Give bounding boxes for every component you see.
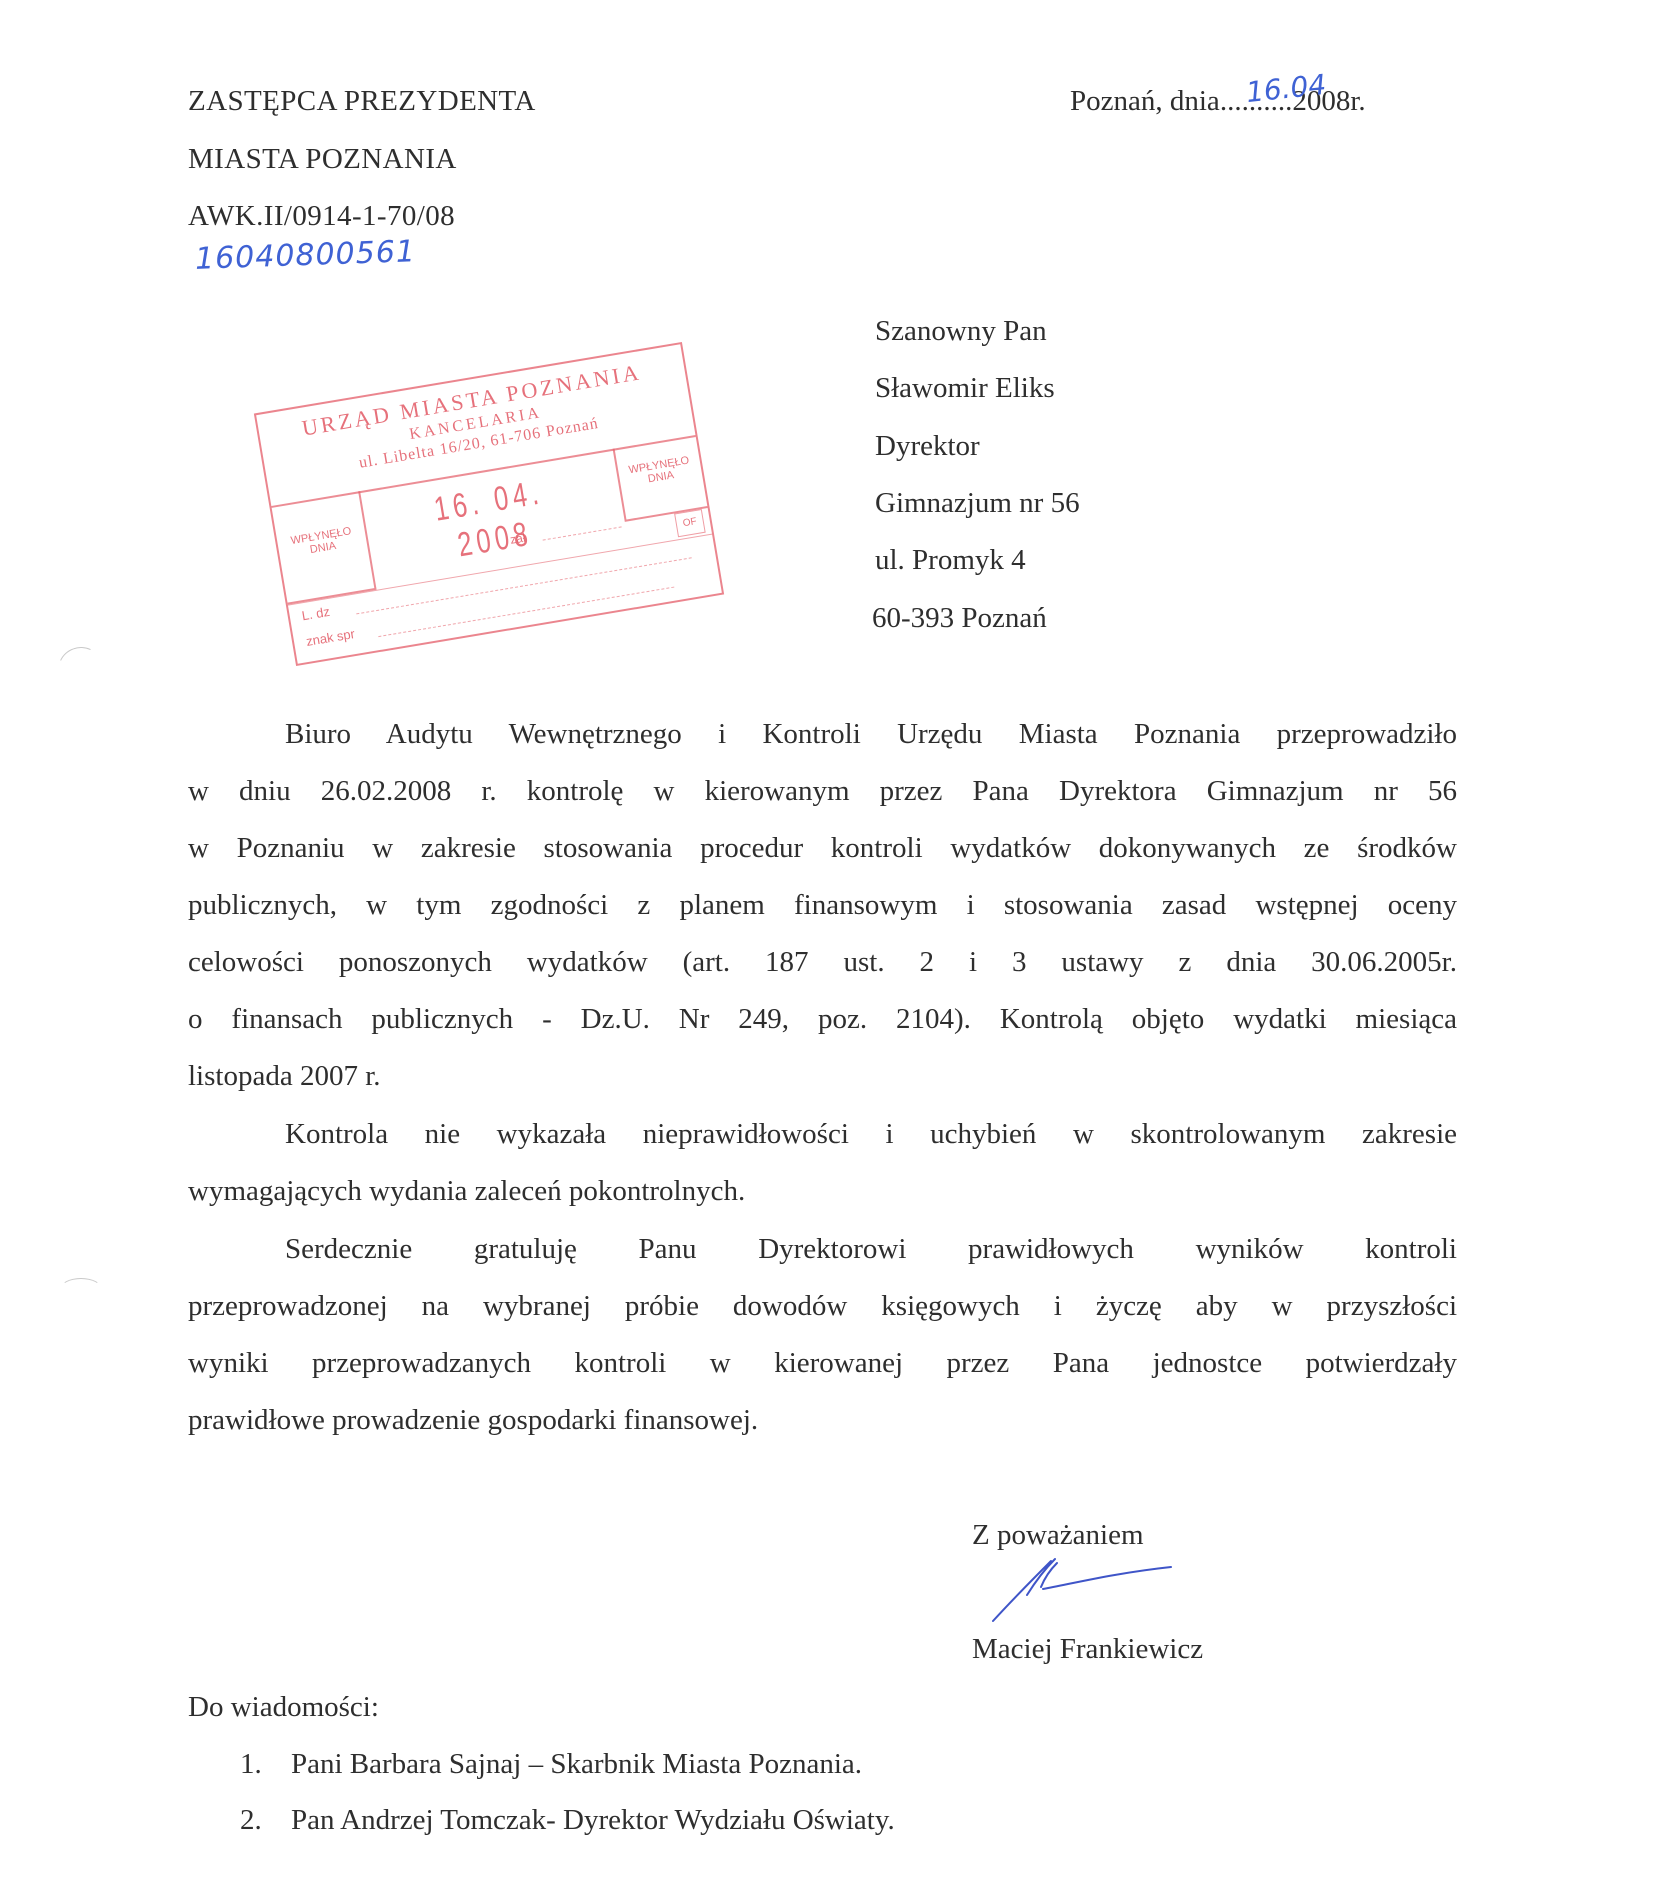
scan-artifact-mark: [60, 1278, 102, 1300]
recipient-salutation: Szanowny Pan: [875, 317, 1047, 346]
stamp-case-mark-label: znak spr: [305, 626, 356, 649]
stamp-received-cell-left: WPŁYNĘŁO DNIA: [271, 491, 376, 604]
recipient-institution: Gimnazjum nr 56: [875, 489, 1080, 518]
body-paragraph-1-line: w dniu 26.02.2008 r. kontrolę w kierowan…: [188, 777, 1457, 806]
body-paragraph-1-line: o finansach publicznych - Dz.U. Nr 249, …: [188, 1005, 1457, 1034]
scan-artifact-mark: [52, 641, 111, 700]
cc-item-number: 2.: [240, 1806, 262, 1835]
signer-name: Maciej Frankiewicz: [972, 1635, 1203, 1664]
sender-title-line-2: MIASTA POZNANIA: [188, 145, 457, 174]
body-paragraph-1-line: Biuro Audytu Wewnętrznego i Kontroli Urz…: [285, 720, 1457, 749]
recipient-city: 60-393 Poznań: [872, 604, 1047, 633]
recipient-street: ul. Promyk 4: [875, 546, 1026, 575]
recipient-name: Sławomir Eliks: [875, 374, 1055, 403]
cc-item-number: 1.: [240, 1750, 262, 1779]
office-receipt-stamp: URZĄD MIASTA POZNANIA KANCELARIA ul. Lib…: [254, 342, 724, 666]
stamp-of-box: OF: [674, 509, 706, 537]
body-paragraph-1-line: w Poznaniu w zakresie stosowania procedu…: [188, 834, 1457, 863]
body-paragraph-3-line: wyniki przeprowadzanych kontroli w kiero…: [188, 1349, 1457, 1378]
closing-salutation: Z poważaniem: [972, 1521, 1144, 1550]
place-date-prefix: Poznań, dnia: [1070, 85, 1220, 117]
reference-number: AWK.II/0914-1-70/08: [188, 202, 455, 231]
body-paragraph-3-line: przeprowadzonej na wybranej próbie dowod…: [188, 1292, 1457, 1321]
body-paragraph-2-line: wymagających wydania zaleceń pokontrolny…: [188, 1177, 1457, 1206]
body-paragraph-3-line: prawidłowe prowadzenie gospodarki finans…: [188, 1406, 1457, 1435]
cc-item-text: Pan Andrzej Tomczak- Dyrektor Wydziału O…: [291, 1806, 895, 1835]
stamp-received-cell-right: WPŁYNĘŁO DNIA: [613, 435, 708, 522]
handwritten-registry-number: 16040800561: [194, 234, 416, 277]
handwritten-signature: [985, 1555, 1185, 1627]
body-paragraph-3-line: Serdecznie gratuluję Panu Dyrektorowi pr…: [285, 1235, 1457, 1264]
cc-heading: Do wiadomości:: [188, 1693, 379, 1722]
body-paragraph-1-line: celowości ponoszonych wydatków (art. 187…: [188, 948, 1457, 977]
sender-title-line-1: ZASTĘPCA PREZYDENTA: [188, 87, 536, 116]
stamp-attachments-label: zał: [509, 531, 526, 547]
stamp-ldz-label: L. dz: [301, 604, 331, 623]
body-paragraph-1-line: publicznych, w tym zgodności z planem fi…: [188, 891, 1457, 920]
recipient-position: Dyrektor: [875, 432, 980, 461]
stamp-case-mark-line: [378, 587, 674, 638]
body-paragraph-1-line: listopada 2007 r.: [188, 1062, 1457, 1091]
body-paragraph-2-line: Kontrola nie wykazała nieprawidłowości i…: [285, 1120, 1457, 1149]
cc-item-text: Pani Barbara Sajnaj – Skarbnik Miasta Po…: [291, 1750, 862, 1779]
